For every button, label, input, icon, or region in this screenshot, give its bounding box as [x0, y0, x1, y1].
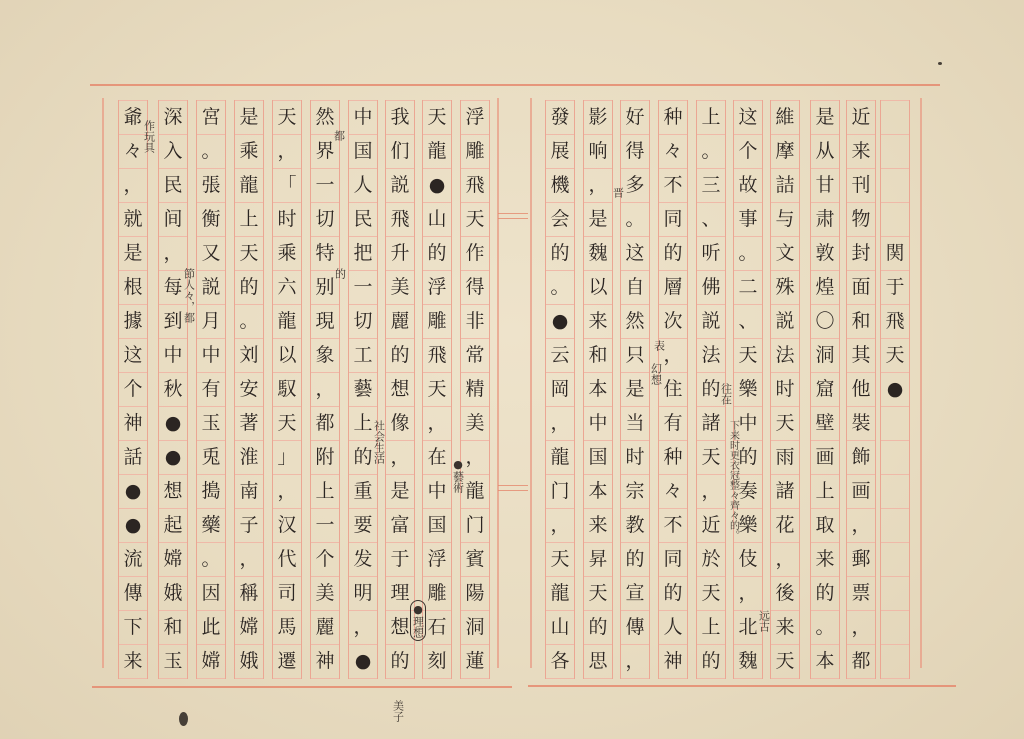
grid-cell: 不 [659, 509, 687, 543]
margin-annotation: ●理想 [410, 600, 426, 641]
grid-cell: 上 [697, 100, 725, 135]
margin-annotation: 幻想 [650, 363, 662, 385]
grid-cell: 的 [697, 645, 725, 679]
column-text: 是乘龍上天的。刘安著淮南子，稱嫦娥 [234, 100, 264, 679]
grid-cell: 美 [386, 271, 414, 305]
grid-cell: 天 [273, 407, 301, 441]
grid-cell: 教 [621, 509, 649, 543]
grid-cell: 不 [659, 169, 687, 203]
grid-cell: 根 [119, 271, 147, 305]
grid-cell: 时 [771, 373, 799, 407]
center-fold-rule-right [530, 98, 532, 668]
grid-cell: 玉 [197, 407, 225, 441]
grid-cell: 这 [734, 100, 762, 135]
column-text: 爺々，就是根據这个神話●●流傳下来 [118, 100, 148, 679]
grid-cell: 。 [546, 271, 574, 305]
grid-cell: 美 [461, 407, 489, 441]
grid-cell: 天 [423, 100, 451, 135]
grid-cell [881, 645, 909, 679]
grid-cell: 这 [119, 339, 147, 373]
grid-cell: 重 [349, 475, 377, 509]
grid-cell: 上 [311, 475, 339, 509]
grid-cell: 是 [386, 475, 414, 509]
grid-cell: 本 [584, 373, 612, 407]
grid-cell: ● [881, 373, 909, 407]
grid-cell: 的 [423, 237, 451, 271]
grid-cell: 上 [235, 203, 263, 237]
grid-cell: 想 [386, 373, 414, 407]
grid-cell: 郵 [847, 543, 875, 577]
grid-cell: 来 [584, 509, 612, 543]
grid-cell: 司 [273, 577, 301, 611]
grid-cell: 来 [847, 135, 875, 169]
margin-annotation: 表 [653, 340, 665, 351]
grid-cell: 因 [197, 577, 225, 611]
grid-cell: 工 [349, 339, 377, 373]
grid-cell: 像 [386, 407, 414, 441]
grid-cell: 魏 [584, 237, 612, 271]
grid-cell: 民 [159, 169, 187, 203]
grid-cell: 話 [119, 441, 147, 475]
grid-cell [881, 577, 909, 611]
grid-cell: 得 [621, 135, 649, 169]
grid-cell: 当 [621, 407, 649, 441]
grid-cell: 中 [584, 407, 612, 441]
grid-cell: 会 [546, 203, 574, 237]
grid-cell: 説 [197, 271, 225, 305]
grid-cell: 中 [197, 339, 225, 373]
grid-cell: 听 [697, 237, 725, 271]
grid-cell: 安 [235, 373, 263, 407]
grid-cell: 响 [584, 135, 612, 169]
fold-mark-upper [498, 213, 528, 219]
grid-cell: 云 [546, 339, 574, 373]
grid-cell: 他 [847, 373, 875, 407]
grid-cell: 山 [546, 611, 574, 645]
grid-cell: 本 [584, 475, 612, 509]
grid-cell: 浮 [423, 543, 451, 577]
grid-cell: ， [235, 543, 263, 577]
grid-cell: ， [847, 509, 875, 543]
margin-annotation: 節人々，都 [183, 268, 195, 323]
grid-cell: 来 [811, 543, 839, 577]
grid-cell: 是 [811, 100, 839, 135]
grid-cell: ， [119, 169, 147, 203]
grid-cell: 殊 [771, 271, 799, 305]
grid-cell: 上 [697, 611, 725, 645]
ink-blot [938, 62, 942, 65]
grid-cell: 中 [423, 475, 451, 509]
grid-cell: 代 [273, 543, 301, 577]
grid-cell: 我 [386, 100, 414, 135]
grid-cell: 」 [273, 441, 301, 475]
grid-cell: 乘 [273, 237, 301, 271]
grid-cell [881, 407, 909, 441]
grid-cell: 门 [461, 509, 489, 543]
grid-cell: 天 [697, 577, 725, 611]
grid-cell: 同 [659, 203, 687, 237]
grid-cell: 的 [235, 271, 263, 305]
grid-cell: ● [119, 509, 147, 543]
grid-cell: 蓮 [461, 645, 489, 679]
grid-cell: 馬 [273, 611, 301, 645]
grid-cell: 二 [734, 271, 762, 305]
grid-cell: 樂 [734, 373, 762, 407]
grid-cell: 都 [311, 407, 339, 441]
grid-cell: 雕 [423, 577, 451, 611]
grid-cell: 藥 [197, 509, 225, 543]
column-text: 維摩詰与文殊説法时天雨諸花，後来天 [770, 100, 800, 679]
grid-cell [881, 135, 909, 169]
grid-cell: 国 [423, 509, 451, 543]
column-text: 然界一切特别現象，都附上一个美麗神 [310, 100, 340, 679]
grid-cell: 常 [461, 339, 489, 373]
grid-cell: 把 [349, 237, 377, 271]
margin-annotation: 晋 [612, 187, 624, 198]
grid-cell: 的 [621, 543, 649, 577]
grid-cell: 於 [697, 543, 725, 577]
grid-cell: 。 [197, 135, 225, 169]
margin-annotation: 美子 [392, 700, 404, 722]
grid-cell: 有 [659, 407, 687, 441]
grid-cell: 从 [811, 135, 839, 169]
grid-cell: ， [423, 407, 451, 441]
grid-cell: 洞 [811, 339, 839, 373]
grid-cell: 一 [311, 169, 339, 203]
grid-cell: 山 [423, 203, 451, 237]
margin-annotation: 往在 [720, 383, 732, 405]
grid-cell: 、 [697, 203, 725, 237]
grid-cell: 裝 [847, 407, 875, 441]
grid-cell: 龍 [461, 475, 489, 509]
grid-cell: 门 [546, 475, 574, 509]
column-text: 种々不同的層次，住有种々不同的人神 [658, 100, 688, 679]
margin-annotation: 作玩具 [143, 120, 155, 153]
grid-cell: 象 [311, 339, 339, 373]
grid-cell: 煌 [811, 271, 839, 305]
grid-cell: ， [461, 441, 489, 475]
grid-cell: ， [546, 509, 574, 543]
grid-cell: 美 [311, 577, 339, 611]
grid-cell: 藝 [349, 373, 377, 407]
grid-cell: 説 [771, 305, 799, 339]
grid-cell: 維 [771, 100, 799, 135]
grid-cell: 関 [881, 237, 909, 271]
grid-cell: ， [697, 475, 725, 509]
right-margin-rule [920, 98, 922, 668]
grid-cell: 嫦 [235, 611, 263, 645]
grid-cell: ● [119, 475, 147, 509]
grid-cell [881, 475, 909, 509]
grid-cell: 以 [584, 271, 612, 305]
grid-cell: 封 [847, 237, 875, 271]
fold-mark-lower [498, 485, 528, 491]
column-text: 这个故事。二、天樂中的奏樂伎，北魏 [733, 100, 763, 679]
grid-cell: 。 [734, 237, 762, 271]
grid-cell: 国 [584, 441, 612, 475]
grid-cell: 面 [847, 271, 875, 305]
grid-cell: 下 [119, 611, 147, 645]
grid-cell: 肃 [811, 203, 839, 237]
grid-cell: 其 [847, 339, 875, 373]
margin-annotation: 社会生活 [373, 420, 385, 464]
grid-cell: ， [734, 577, 762, 611]
grid-cell: 和 [847, 305, 875, 339]
grid-cell: 壁 [811, 407, 839, 441]
grid-cell: 发 [349, 543, 377, 577]
grid-cell: 文 [771, 237, 799, 271]
grid-cell: 以 [273, 339, 301, 373]
grid-cell: 詰 [771, 169, 799, 203]
grid-cell: 天 [734, 339, 762, 373]
column-text: 我们説飛升美麗的想像，是富于理想的 [385, 100, 415, 679]
grid-cell: 多 [621, 169, 649, 203]
grid-cell: 現 [311, 305, 339, 339]
grid-cell: 窟 [811, 373, 839, 407]
grid-cell: 入 [159, 135, 187, 169]
column-text: 浮雕飛天作得非常精美，龍门賓陽洞蓮 [460, 100, 490, 679]
grid-cell: 天 [546, 543, 574, 577]
grid-cell: 南 [235, 475, 263, 509]
grid-cell: 洞 [461, 611, 489, 645]
grid-cell: 龍 [235, 169, 263, 203]
grid-cell: 昇 [584, 543, 612, 577]
column-title: 関于飛天● [880, 100, 910, 679]
grid-cell: 子 [235, 509, 263, 543]
grid-cell: 要 [349, 509, 377, 543]
grid-cell: 种 [659, 100, 687, 135]
bottom-border-rule-right [528, 685, 956, 687]
grid-cell: 与 [771, 203, 799, 237]
grid-cell: 明 [349, 577, 377, 611]
grid-cell: 近 [847, 100, 875, 135]
grid-cell: 切 [311, 203, 339, 237]
grid-cell: 機 [546, 169, 574, 203]
grid-cell: 飛 [423, 339, 451, 373]
grid-cell: 陽 [461, 577, 489, 611]
grid-cell: 人 [659, 611, 687, 645]
bottom-border-rule-left [92, 686, 512, 688]
grid-cell: 和 [159, 611, 187, 645]
grid-cell: 近 [697, 509, 725, 543]
grid-cell: 的 [584, 611, 612, 645]
grid-cell: 諸 [697, 407, 725, 441]
grid-cell: 这 [621, 237, 649, 271]
manuscript-page: 関于飛天● 近来刊物封面和其他裝飾画，郵票，都 是从甘肃敦煌〇洞窟壁画上取来的。… [0, 0, 1024, 739]
grid-cell: 傳 [621, 611, 649, 645]
column-text: 深入民间，每到中秋●●想起嫦娥和玉 [158, 100, 188, 679]
grid-cell: 就 [119, 203, 147, 237]
grid-cell: 玉 [159, 645, 187, 679]
grid-cell: 的 [546, 237, 574, 271]
grid-cell: 刻 [423, 645, 451, 679]
margin-annotation: 远古 [758, 610, 770, 632]
grid-cell: 同 [659, 543, 687, 577]
grid-cell: 只 [621, 339, 649, 373]
grid-cell: 六 [273, 271, 301, 305]
grid-cell: 和 [584, 339, 612, 373]
grid-cell: 自 [621, 271, 649, 305]
grid-cell: 票 [847, 577, 875, 611]
grid-cell: 。 [197, 543, 225, 577]
grid-cell: 一 [311, 509, 339, 543]
grid-cell: 雕 [423, 305, 451, 339]
grid-cell: 説 [386, 169, 414, 203]
grid-cell: 都 [847, 645, 875, 679]
grid-cell: 〇 [811, 305, 839, 339]
grid-cell [881, 203, 909, 237]
grid-cell: 个 [734, 135, 762, 169]
grid-cell: 中 [159, 339, 187, 373]
grid-cell [881, 543, 909, 577]
grid-cell: ， [546, 407, 574, 441]
grid-cell: 此 [197, 611, 225, 645]
grid-cell: 馭 [273, 373, 301, 407]
grid-cell: 稱 [235, 577, 263, 611]
grid-cell: 们 [386, 135, 414, 169]
column-text: 發展機会的。●云岡，龍门，天龍山各 [545, 100, 575, 679]
grid-cell: 起 [159, 509, 187, 543]
grid-cell [881, 100, 909, 135]
grid-cell: 甘 [811, 169, 839, 203]
grid-cell: 。 [811, 611, 839, 645]
grid-cell: 衡 [197, 203, 225, 237]
grid-cell: 天 [461, 203, 489, 237]
grid-cell: 本 [811, 645, 839, 679]
grid-cell: 住 [659, 373, 687, 407]
grid-cell: 摩 [771, 135, 799, 169]
grid-cell: ● [546, 305, 574, 339]
grid-cell: 麗 [311, 611, 339, 645]
grid-cell: 次 [659, 305, 687, 339]
grid-cell: 来 [771, 611, 799, 645]
grid-cell: 「 [273, 169, 301, 203]
grid-cell: 。 [621, 203, 649, 237]
column-text: 中国人民把一切工藝上的重要发明，● [348, 100, 378, 679]
grid-cell: ， [386, 441, 414, 475]
grid-cell: 飛 [386, 203, 414, 237]
grid-cell: 天 [584, 577, 612, 611]
grid-cell: 一 [349, 271, 377, 305]
grid-cell: ， [159, 237, 187, 271]
grid-cell: 龍 [273, 305, 301, 339]
left-margin-rule [102, 98, 104, 668]
column-text: 天，「时乘六龍以馭天」，汉代司馬遷 [272, 100, 302, 679]
grid-cell: 个 [119, 373, 147, 407]
grid-cell: 淮 [235, 441, 263, 475]
grid-cell: 是 [119, 237, 147, 271]
grid-cell: 在 [423, 441, 451, 475]
grid-cell: 的 [386, 339, 414, 373]
grid-cell: 汉 [273, 509, 301, 543]
grid-cell: 々 [659, 475, 687, 509]
grid-cell: 岡 [546, 373, 574, 407]
grid-cell: 。 [235, 305, 263, 339]
grid-cell: 浮 [423, 271, 451, 305]
grid-cell: 好 [621, 100, 649, 135]
grid-cell: ， [771, 543, 799, 577]
grid-cell: 秋 [159, 373, 187, 407]
grid-cell: 著 [235, 407, 263, 441]
grid-cell: 魏 [734, 645, 762, 679]
grid-cell: 乘 [235, 135, 263, 169]
grid-cell: 故 [734, 169, 762, 203]
grid-cell: 来 [119, 645, 147, 679]
grid-cell: 于 [881, 271, 909, 305]
grid-cell: 天 [697, 441, 725, 475]
grid-cell: 升 [386, 237, 414, 271]
grid-cell: 附 [311, 441, 339, 475]
grid-cell: 龍 [423, 135, 451, 169]
grid-cell: 画 [811, 441, 839, 475]
grid-cell: 刘 [235, 339, 263, 373]
grid-cell: 搗 [197, 475, 225, 509]
grid-cell: 思 [584, 645, 612, 679]
margin-annotation: 下来时更衣冠整々齊々的。 [727, 420, 738, 540]
grid-cell: 飾 [847, 441, 875, 475]
grid-cell: 佛 [697, 271, 725, 305]
grid-cell: 民 [349, 203, 377, 237]
grid-cell: 石 [423, 611, 451, 645]
grid-cell: ● [423, 169, 451, 203]
grid-cell: 画 [847, 475, 875, 509]
grid-cell: 得 [461, 271, 489, 305]
grid-cell: 龍 [546, 577, 574, 611]
grid-cell: 的 [659, 577, 687, 611]
grid-cell: 宗 [621, 475, 649, 509]
grid-cell: 想 [159, 475, 187, 509]
grid-cell [881, 611, 909, 645]
grid-cell: 的 [659, 237, 687, 271]
grid-cell: 神 [311, 645, 339, 679]
margin-annotation: 的 [334, 268, 346, 279]
grid-cell: 飛 [881, 305, 909, 339]
grid-cell: 是 [584, 203, 612, 237]
grid-cell: 雨 [771, 441, 799, 475]
grid-cell: 然 [621, 305, 649, 339]
grid-cell: 宮 [197, 100, 225, 135]
grid-cell: 切 [349, 305, 377, 339]
grid-cell: 娥 [235, 645, 263, 679]
grid-cell: 是 [235, 100, 263, 135]
grid-cell: 三 [697, 169, 725, 203]
grid-cell: ， [847, 611, 875, 645]
grid-cell: 雕 [461, 135, 489, 169]
column-text: 影响，是魏以来和本中国本来昇天的思 [583, 100, 613, 679]
grid-cell: 敦 [811, 237, 839, 271]
grid-cell: ， [349, 611, 377, 645]
grid-cell: 来 [584, 305, 612, 339]
grid-cell: 有 [197, 373, 225, 407]
grid-cell: ， [273, 135, 301, 169]
grid-cell: 麗 [386, 305, 414, 339]
grid-cell: 深 [159, 100, 187, 135]
column-text: 近来刊物封面和其他裝飾画，郵票，都 [846, 100, 876, 679]
grid-cell: 事 [734, 203, 762, 237]
column-text: 天龍●山的浮雕飛天，在中国浮雕石刻 [422, 100, 452, 679]
grid-cell: 花 [771, 509, 799, 543]
grid-cell: 物 [847, 203, 875, 237]
grid-cell: 于 [386, 543, 414, 577]
grid-cell: ， [584, 169, 612, 203]
grid-cell: 是 [621, 373, 649, 407]
grid-cell: 浮 [461, 100, 489, 135]
grid-cell: 張 [197, 169, 225, 203]
grid-cell: 人 [349, 169, 377, 203]
grid-cell: 作 [461, 237, 489, 271]
grid-cell: 賓 [461, 543, 489, 577]
grid-cell: ， [311, 373, 339, 407]
